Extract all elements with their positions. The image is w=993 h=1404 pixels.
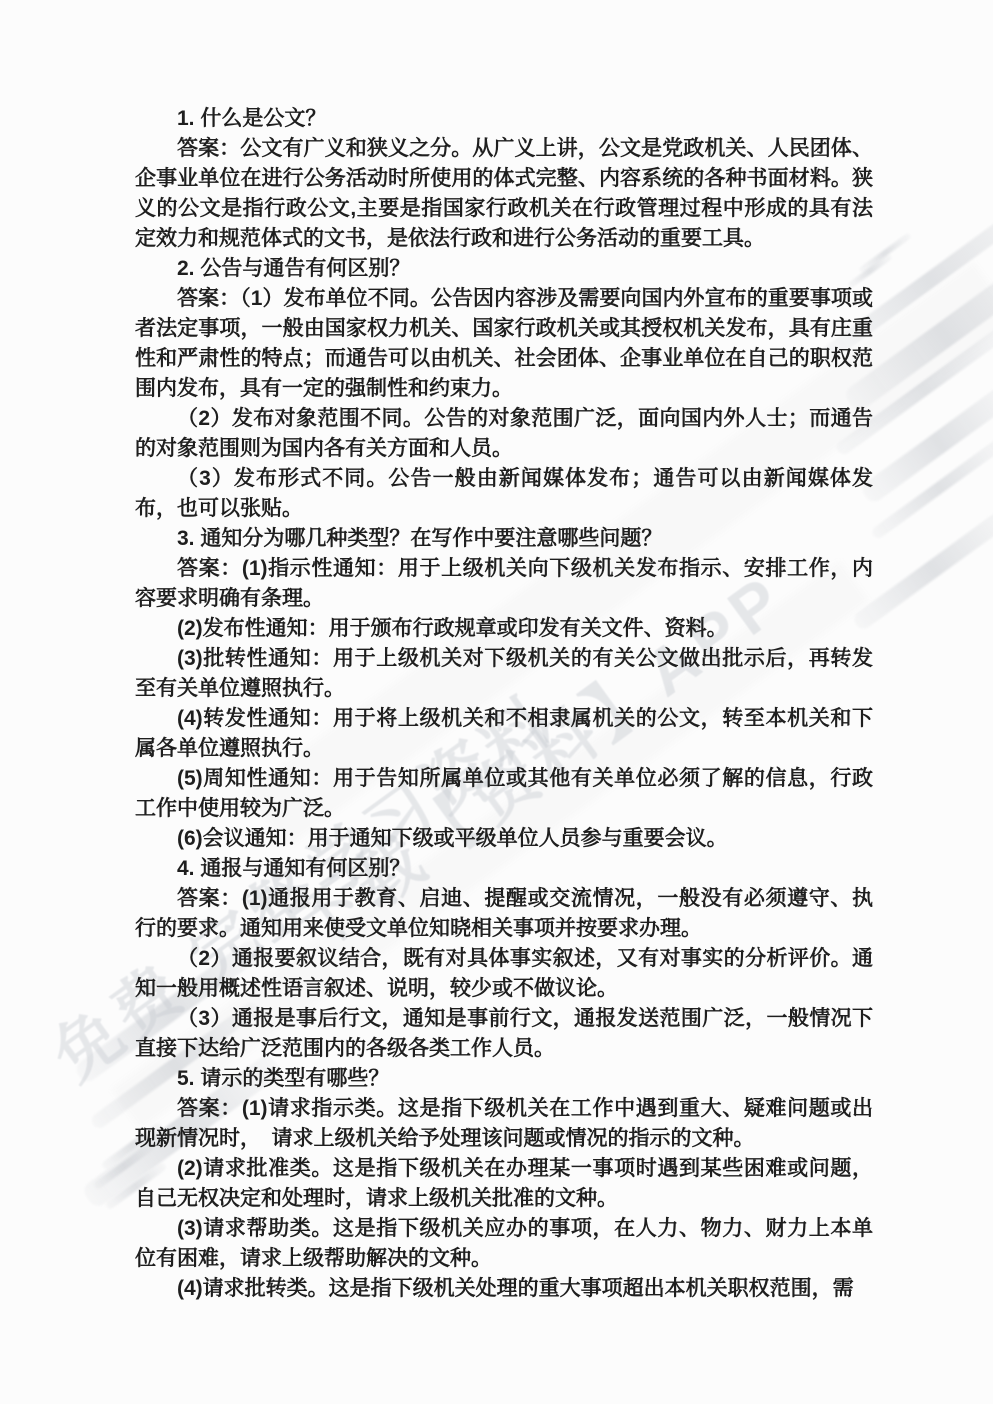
answer-paragraph: (6)会议通知：用于通知下级或平级单位人员参与重要会议。 — [135, 824, 873, 854]
answer-paragraph: 答案：（1）发布单位不同。公告因内容涉及需要向国内外宣布的重要事项或者法定事项，… — [135, 284, 873, 404]
answer-paragraph: 答案：(1)指示性通知：用于上级机关向下级机关发布指示、安排工作，内容要求明确有… — [135, 554, 873, 614]
question-paragraph: 1. 什么是公文？ — [135, 104, 873, 134]
question-paragraph: 5. 请示的类型有哪些？ — [135, 1064, 873, 1094]
answer-paragraph: 答案：(1)请求指示类。这是指下级机关在工作中遇到重大、疑难问题或出现新情况时，… — [135, 1094, 873, 1154]
answer-paragraph: (5)周知性通知：用于告知所属单位或其他有关单位必须了解的信息，行政工作中使用较… — [135, 764, 873, 824]
answer-paragraph: (3)请求帮助类。这是指下级机关应办的事项，在人力、物力、财力上本单位有困难，请… — [135, 1214, 873, 1274]
watermark-brush-stroke — [859, 381, 993, 506]
answer-paragraph: （2）通报要叙议结合，既有对具体事实叙述，又有对事实的分析评价。通知一般用概述性… — [135, 944, 873, 1004]
answer-paragraph: (2)请求批准类。这是指下级机关在办理某一事项时遇到某些困难或问题，自己无权决定… — [135, 1154, 873, 1214]
answer-paragraph: （2）发布对象范围不同。公告的对象范围广泛，面向国内外人士；而通告的对象范围则为… — [135, 404, 873, 464]
answer-paragraph: (2)发布性通知：用于颁布行政规章或印发有关文件、资料。 — [135, 614, 873, 644]
document-page: 免费 完整学习资料 下载【资料】APP 1. 什么是公文？答案：公文有广义和狭义… — [0, 0, 993, 1404]
watermark-brush-stroke — [870, 436, 993, 541]
answer-paragraph: (3)批转性通知：用于上级机关对下级机关的有关公文做出批示后，再转发至有关单位遵… — [135, 644, 873, 704]
answer-paragraph: (4)请求批转类。这是指下级机关处理的重大事项超出本机关职权范围，需 — [135, 1274, 873, 1304]
question-paragraph: 2. 公告与通告有何区别？ — [135, 254, 873, 284]
answer-paragraph: 答案：(1)通报用于教育、启迪、提醒或交流情况，一般没有必须遵守、执行的要求。通… — [135, 884, 873, 944]
question-paragraph: 3. 通知分为哪几种类型？在写作中要注意哪些问题？ — [135, 524, 873, 554]
qa-content: 1. 什么是公文？答案：公文有广义和狭义之分。从广义上讲，公文是党政机关、人民团… — [135, 104, 873, 1304]
answer-paragraph: (4)转发性通知：用于将上级机关和不相隶属机关的公文，转至本机关和下属各单位遵照… — [135, 704, 873, 764]
answer-paragraph: （3）发布形式不同。公告一般由新闻媒体发布；通告可以由新闻媒体发布，也可以张贴。 — [135, 464, 873, 524]
question-paragraph: 4. 通报与通知有何区别？ — [135, 854, 873, 884]
answer-paragraph: （3）通报是事后行文，通知是事前行文，通报发送范围广泛，一般情况下直接下达给广泛… — [135, 1004, 873, 1064]
answer-paragraph: 答案：公文有广义和狭义之分。从广义上讲，公文是党政机关、人民团体、企事业单位在进… — [135, 134, 873, 254]
